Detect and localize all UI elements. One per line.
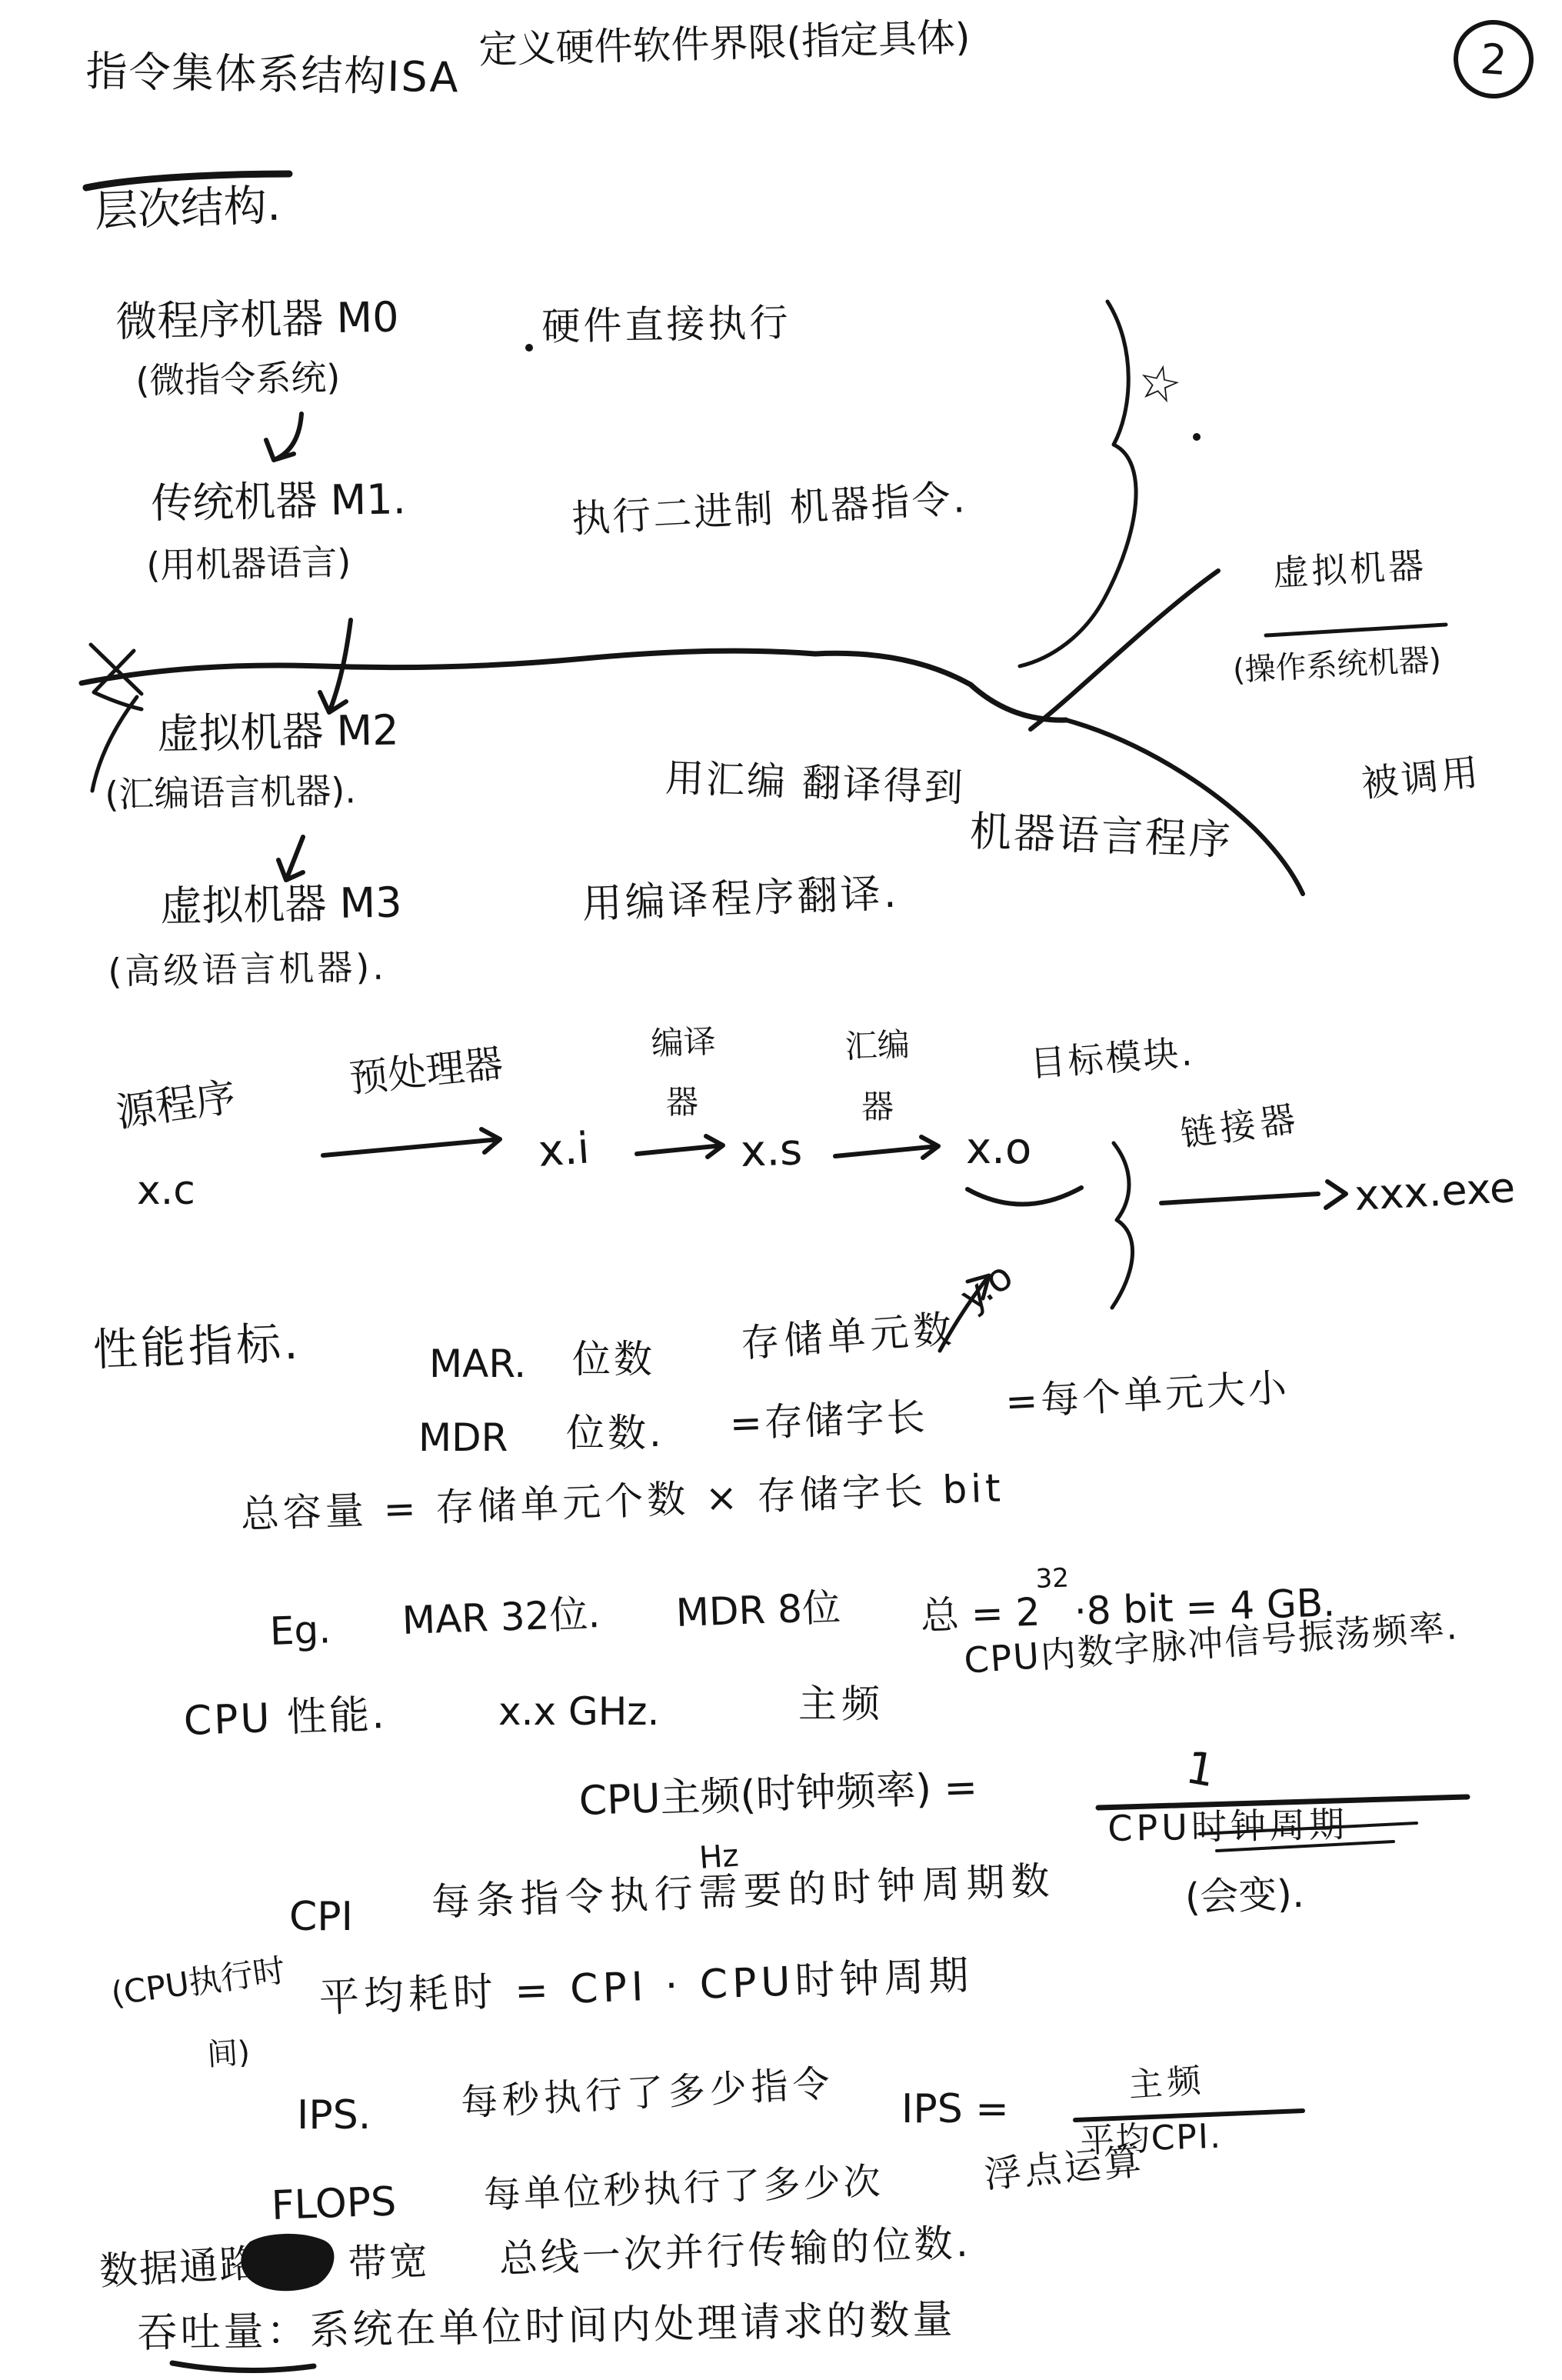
arrow-down-icon	[266, 414, 301, 460]
cpu-perf-label: CPU 性能.	[183, 1695, 387, 1742]
level-m2-sub: (汇编语言机器).	[105, 772, 356, 812]
flops-label: FLOPS	[271, 2182, 397, 2226]
handwritten-notes-page: 指令集体系结构ISA 定义硬件软件界限(指定具体) 2 层次结构. 微程序机器 …	[0, 0, 1562, 2380]
arrow-right-icon	[323, 1129, 500, 1155]
page-number: 2	[1479, 34, 1509, 84]
ink-strokes	[0, 0, 1562, 2380]
example-total: 总 = 2	[920, 1593, 1041, 1635]
cpu-ghz: x.x GHz.	[498, 1692, 659, 1731]
cpu-freq-term: 主频	[798, 1685, 884, 1723]
pipeline-stage2-output: x.s	[740, 1128, 803, 1174]
arrow-right-icon	[637, 1136, 723, 1157]
pipeline-stage3-tool-bottom: 器	[861, 1091, 894, 1123]
mdr-bits: 位数.	[566, 1414, 664, 1452]
bandwidth-label: 数据通路	[98, 2244, 260, 2291]
brace-objects	[1112, 1143, 1133, 1308]
divider-branch-down	[1066, 720, 1303, 894]
arrow-right-icon	[835, 1137, 938, 1158]
example-exponent: 32	[1035, 1565, 1069, 1592]
dot	[1193, 433, 1201, 441]
page-title-left: 指令集体系结构ISA	[85, 51, 460, 98]
side-annotation-line1: 虚拟机器	[1272, 548, 1427, 591]
pipeline-object-label: 目标模块.	[1029, 1035, 1195, 1082]
level-m3-sub: (高级语言机器).	[108, 949, 387, 989]
arrow-right-icon	[1161, 1182, 1346, 1208]
level-m1-sub: (用机器语言)	[146, 544, 351, 583]
section-heading-hierarchy: 层次结构.	[94, 185, 281, 234]
mdr-eq-wordlen: =存储字长	[729, 1398, 928, 1443]
pipeline-result: xxx.exe	[1354, 1167, 1516, 1217]
pipeline-stage3-tool-top: 汇编	[844, 1028, 910, 1063]
ips-eq: IPS =	[901, 2089, 1009, 2129]
mar-bits: 位数	[572, 1340, 655, 1378]
arrow-down-icon	[278, 837, 303, 880]
pipeline-source-file: x.c	[137, 1171, 195, 1211]
pipeline-stage2-tool-bottom: 器	[666, 1086, 698, 1118]
example-eg: Eg.	[269, 1610, 331, 1651]
level-m2-name: 虚拟机器 M2	[157, 710, 399, 755]
level-m2-note-part2: 机器语言程序	[969, 811, 1234, 862]
mdr-label: MDR	[418, 1418, 508, 1457]
exec-time-label-bottom: 间)	[206, 2037, 251, 2071]
pipeline-stage2-tool-top: 编译	[651, 1025, 716, 1060]
bandwidth-term: 带宽	[348, 2242, 431, 2283]
level-m3-note: 用编译程序翻译.	[581, 874, 900, 925]
freq-formula-denominator: CPU时钟周期	[1107, 1807, 1348, 1846]
pipeline-stage1-output: x.i	[537, 1127, 591, 1174]
section-heading-metrics: 性能指标.	[92, 1321, 301, 1372]
margin-scribble	[91, 645, 142, 791]
level-m2-note-part1: 用汇编 翻译得到	[664, 758, 965, 808]
ips-label: IPS.	[297, 2095, 371, 2135]
cpi-label: CPI	[289, 1897, 353, 1937]
cpi-varies: (会变).	[1184, 1875, 1305, 1917]
pipeline-stage3-output: x.o	[966, 1128, 1031, 1171]
dot	[525, 344, 533, 352]
xo-underline	[968, 1188, 1081, 1205]
example-mar: MAR 32位.	[401, 1595, 601, 1640]
level-m0-sub: (微指令系统)	[135, 359, 341, 398]
level-m3-name: 虚拟机器 M3	[160, 882, 402, 928]
example-mdr: MDR 8位	[675, 1588, 841, 1632]
level-m0-name: 微程序机器 M0	[115, 297, 399, 343]
level-m1-name: 传统机器 M1.	[151, 478, 406, 525]
throughput-underline	[172, 2363, 314, 2371]
side-annotation-underline	[1266, 625, 1446, 635]
level-m0-note: 硬件直接执行	[541, 303, 791, 346]
ips-numerator: 主频	[1127, 2064, 1207, 2103]
brace-m0-m1	[1020, 302, 1136, 666]
mar-label: MAR.	[429, 1345, 526, 1383]
